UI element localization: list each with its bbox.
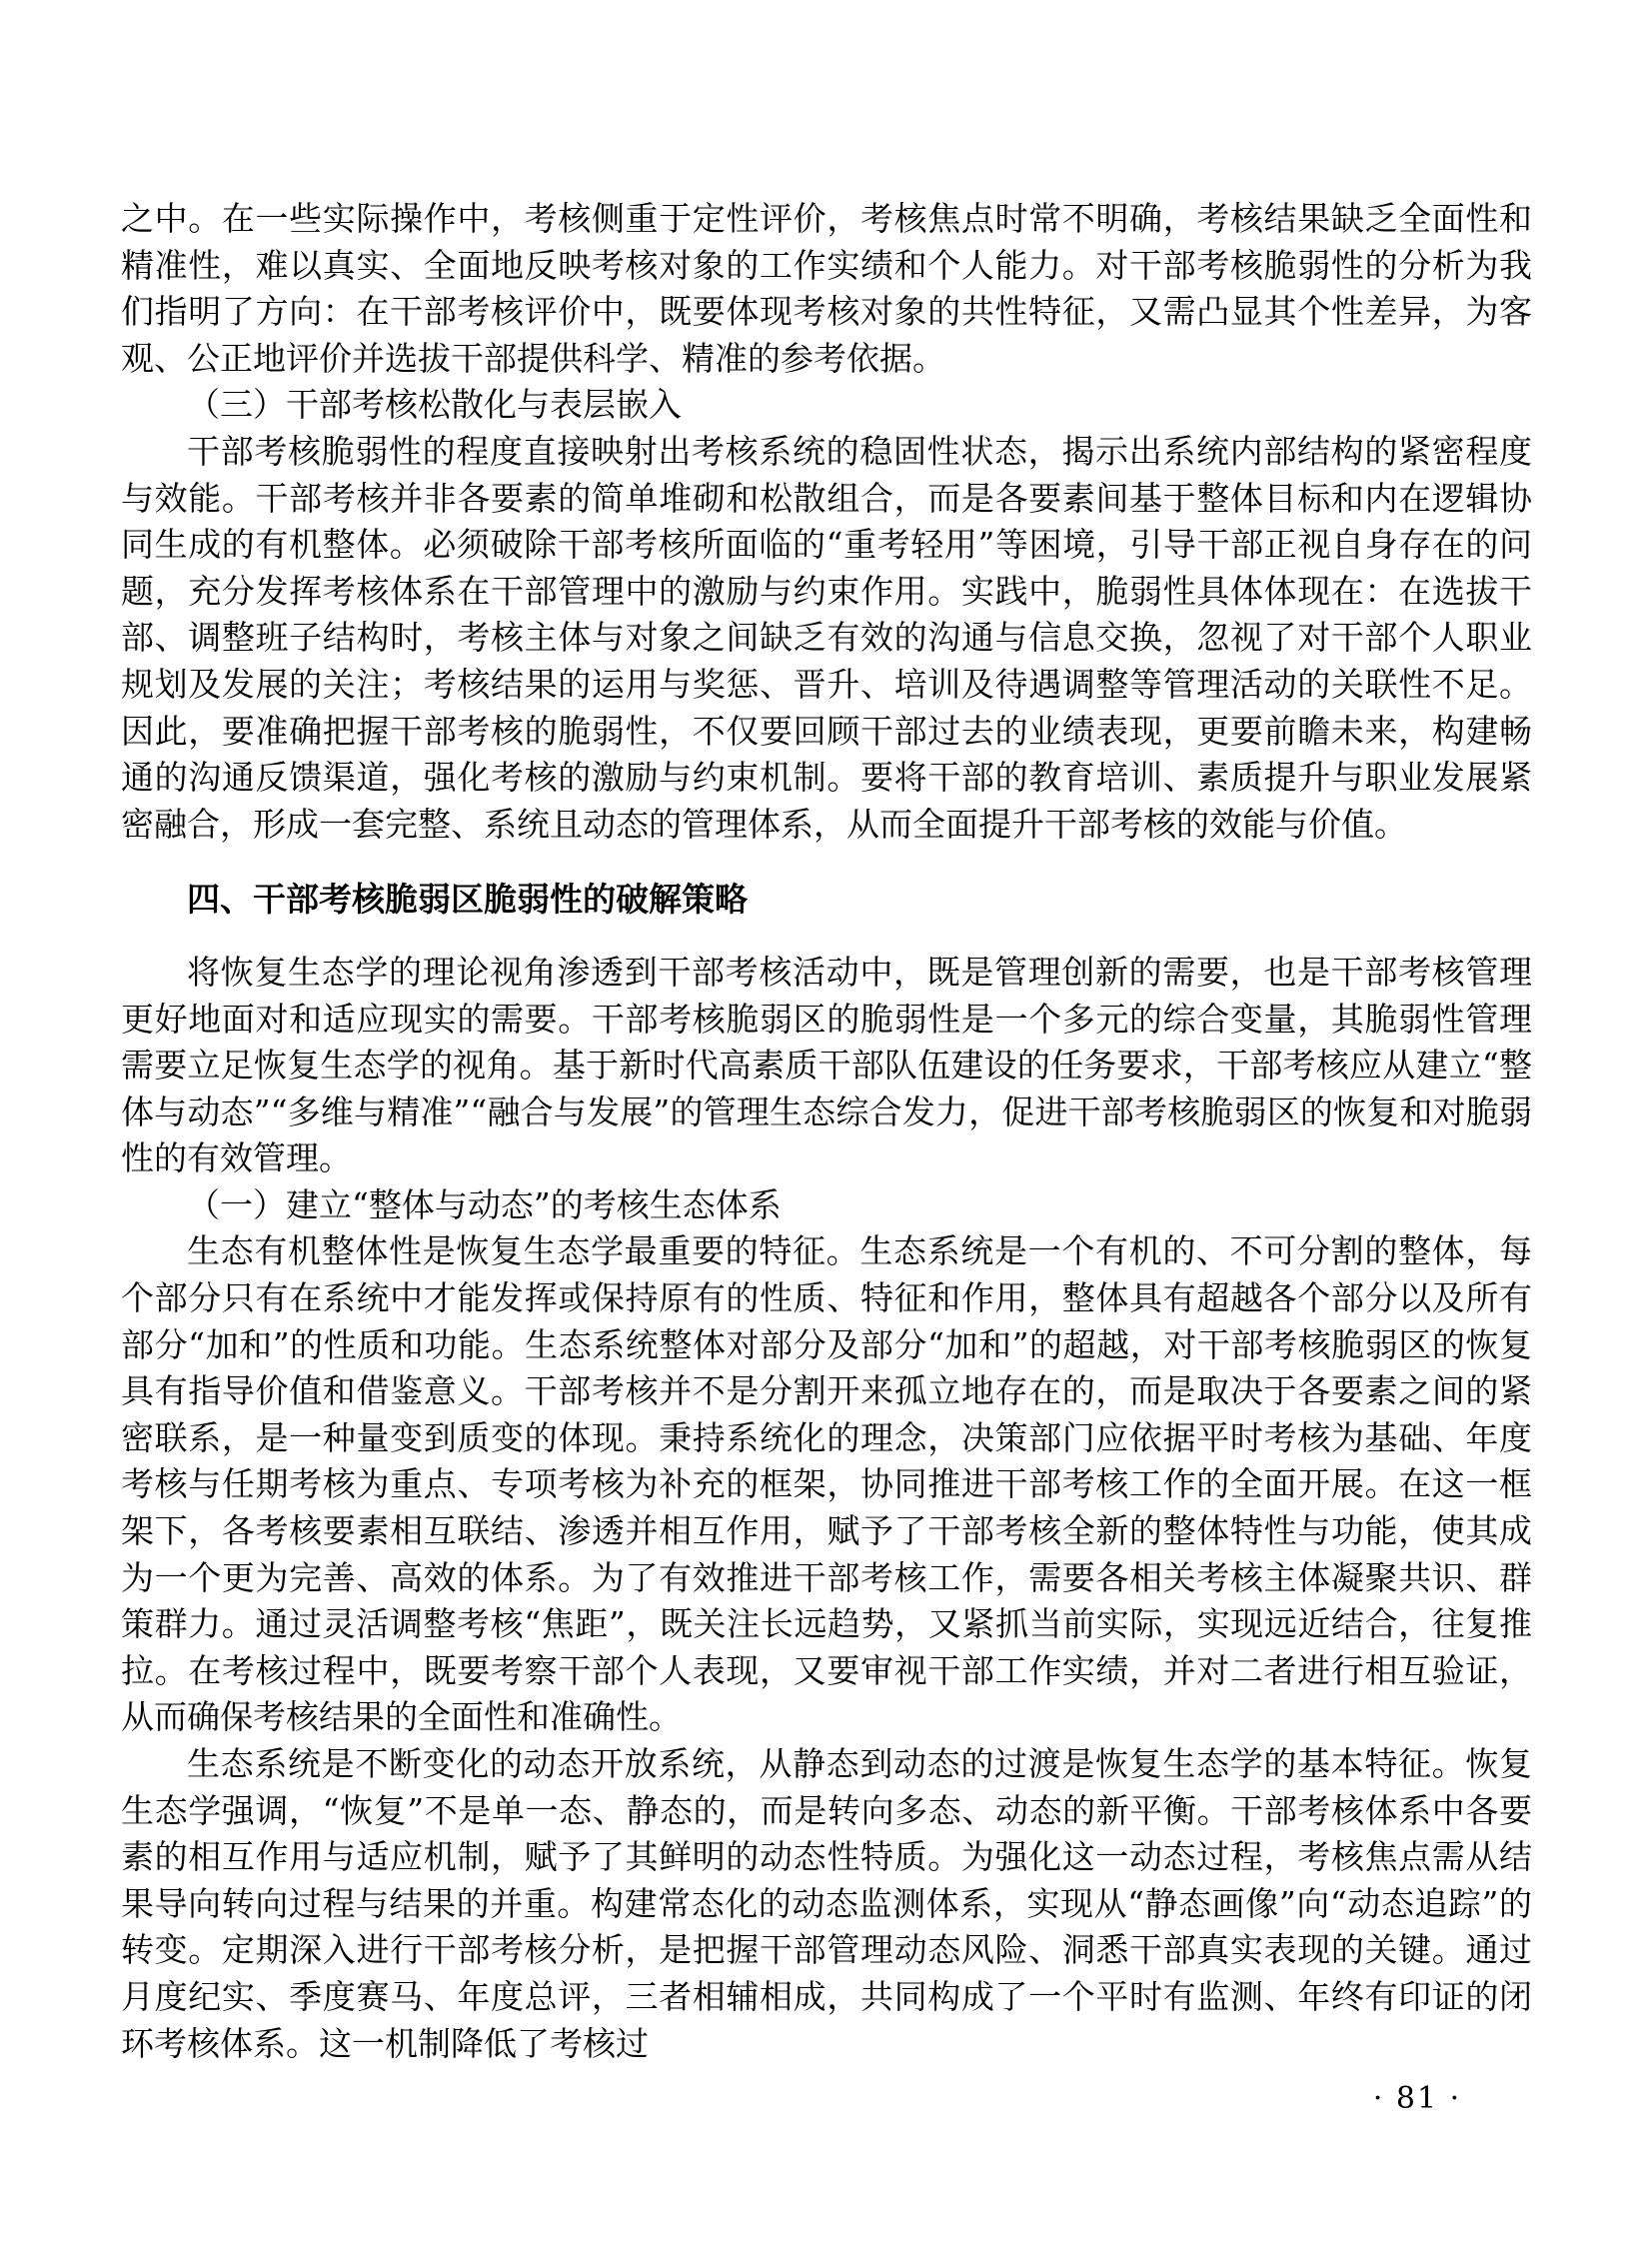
page-number: · 81 · <box>1342 2081 1492 2116</box>
paragraph-section-3-body: 干部考核脆弱性的程度直接映射出考核系统的稳固性状态，揭示出系统内部结构的紧密程度… <box>121 429 1532 848</box>
document-page: { "document": { "para_intro": "之中。在一些实际操… <box>0 0 1652 2243</box>
section-heading-4: 四、干部考核脆弱区脆弱性的破解策略 <box>121 877 1532 924</box>
paragraph-continued-from-previous-page: 之中。在一些实际操作中，考核侧重于定性评价，考核焦点时常不明确，考核结果缺乏全面… <box>121 196 1532 382</box>
subsection-heading-3: （三）干部考核松散化与表层嵌入 <box>121 382 1532 429</box>
paragraph-section-4-1-body-2: 生态系统是不断变化的动态开放系统，从静态到动态的过渡是恢复生态学的基本特征。恢复… <box>121 1741 1532 2067</box>
paragraph-section-4-1-body-1: 生态有机整体性是恢复生态学最重要的特征。生态系统是一个有机的、不可分割的整体，每… <box>121 1228 1532 1741</box>
article-body: 之中。在一些实际操作中，考核侧重于定性评价，考核焦点时常不明确，考核结果缺乏全面… <box>121 196 1532 2067</box>
paragraph-section-4-intro: 将恢复生态学的理论视角渗透到干部考核活动中，既是管理创新的需要，也是干部考核管理… <box>121 950 1532 1182</box>
subsection-heading-4-1: （一）建立“整体与动态”的考核生态体系 <box>121 1182 1532 1229</box>
